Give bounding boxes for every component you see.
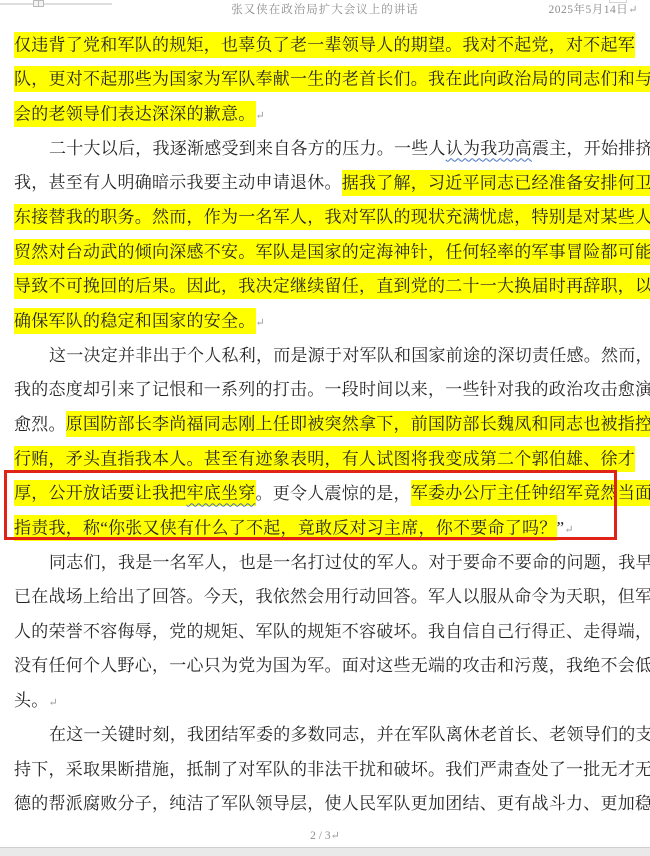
page-indicator: 2 / 3 — [310, 830, 330, 842]
text-line[interactable]: 指责我，称“你张又侠有什么了不起，竟敢反对习主席，你不要命了吗？”↵ — [14, 511, 646, 546]
text-line[interactable]: 没有任何个人野心，一心只为党为国为军。面对这些无端的攻击和污蔑，我绝不会低 — [14, 649, 646, 684]
text-run: 德的帮派腐败分子，纯洁了军队领导层，使人民军队更加团结、更有战斗力、更加稳 — [14, 794, 650, 813]
text-line[interactable]: 东接替我的职务。然而，作为一名军人，我对军队的现状充满忧虑，特别是对某些人 — [14, 201, 646, 236]
text-line[interactable]: 会的老领导们表达深深的歉意。↵ — [14, 97, 646, 132]
text-line[interactable]: 持下，采取果断措施，抵制了对军队的非法干扰和破坏。我们严肃查处了一批无才无 — [14, 753, 646, 788]
date-text: 2025年5月14日 — [549, 4, 629, 16]
text-line[interactable]: 贸然对台动武的倾向深感不安。军队是国家的定海神针，任何轻率的军事冒险都可能 — [14, 235, 646, 270]
text-run: 在这一关键时刻，我团结军委的多数同志，并在军队离休老首长、老领导们的支 — [49, 725, 650, 744]
text-run: 认为我功高 — [446, 139, 532, 158]
highlighted-text-run: 军委办公厅主任钟绍军竟然当面 — [411, 480, 650, 506]
highlighted-text-run: 导致不可挽回的后果。因此，我决定继续留任，直到党的二十一大换届时再辞职，以 — [14, 273, 650, 299]
page-gap — [0, 847, 650, 856]
text-run: 。更令人震惊的是， — [256, 484, 411, 503]
return-mark-icon: ↵ — [49, 697, 58, 709]
return-mark-icon: ↵ — [256, 110, 265, 122]
highlighted-text-run: 据我了解，习近平同志已经准备安排何卫 — [342, 170, 650, 196]
return-mark-icon: ↵ — [331, 830, 340, 842]
text-line[interactable]: 二十大以后，我逐渐感受到来自各方的压力。一些人认为我功高震主，开始排挤 — [14, 132, 646, 167]
text-run: 没有任何个人野心，一心只为党为国为军。面对这些无端的攻击和污蔑，我绝不会低 — [14, 656, 650, 675]
document-page: { "header": { "title": "张又侠在政治局扩大会议上的讲话"… — [0, 0, 650, 856]
text-line[interactable]: 队，更对不起那些为国家为军队奉献一生的老首长们。我在此向政治局的同志们和与 — [14, 63, 646, 98]
highlighted-text-run: 仅违背了党和军队的规矩，也辜负了老一辈领导人的期望。我对不起党，对不起军 — [14, 32, 635, 58]
text-run: 头。 — [14, 691, 49, 710]
text-run: 人的荣誉不容侮辱，党的规矩、军队的规矩不容破坏。我自信自己行得正、走得端， — [14, 622, 650, 641]
text-line[interactable]: 德的帮派腐败分子，纯洁了军队领导层，使人民军队更加团结、更有战斗力、更加稳 — [14, 787, 646, 822]
highlighted-text-run: 队，更对不起那些为国家为军队奉献一生的老首长们。我在此向政治局的同志们和与 — [14, 66, 650, 92]
return-mark-icon: ↵ — [628, 4, 638, 16]
text-run: 愈烈。 — [14, 415, 66, 434]
highlighted-text-run: 东接替我的职务。然而，作为一名军人，我对军队的现状充满忧虑，特别是对某些人 — [14, 204, 650, 230]
text-line[interactable]: 确保军队的稳定和国家的安全。↵ — [14, 304, 646, 339]
text-line[interactable]: 厚，公开放话要让我把牢底坐穿。更令人震惊的是，军委办公厅主任钟绍军竟然当面 — [14, 477, 646, 512]
text-run: 震主，开始排挤 — [532, 139, 650, 158]
page-footer: 2 / 3↵ — [0, 829, 650, 842]
highlighted-text-run: 确保军队的稳定和国家的安全。 — [14, 308, 256, 334]
text-line[interactable]: 同志们，我是一名军人，也是一名打过仗的军人。对于要命不要命的问题，我早 — [14, 546, 646, 581]
text-run: 这一决定并非出于个人私利，而是源于对军队和国家前途的深切责任感。然而， — [49, 346, 650, 365]
highlighted-text-run: 贸然对台动武的倾向深感不安。军队是国家的定海神针，任何轻率的军事冒险都可能 — [14, 239, 650, 265]
text-line[interactable]: 这一决定并非出于个人私利，而是源于对军队和国家前途的深切责任感。然而， — [14, 339, 646, 374]
document-date: 2025年5月14日↵ — [549, 1, 638, 17]
highlighted-text-run: 会的老领导们表达深深的歉意。 — [14, 101, 256, 127]
text-line[interactable]: 仅违背了党和军队的规矩，也辜负了老一辈领导人的期望。我对不起党，对不起军 — [14, 28, 646, 63]
text-line[interactable]: 导致不可挽回的后果。因此，我决定继续留任，直到党的二十一大换届时再辞职，以 — [14, 270, 646, 305]
text-line[interactable]: 在这一关键时刻，我团结军委的多数同志，并在军队离休老首长、老领导们的支 — [14, 718, 646, 753]
return-mark-icon: ↵ — [564, 524, 573, 536]
text-run: 二十大以后，我逐渐感受到来自各方的压力。一些人 — [49, 139, 446, 158]
text-line[interactable]: 头。↵ — [14, 684, 646, 719]
text-line[interactable]: 人的荣誉不容侮辱，党的规矩、军队的规矩不容破坏。我自信自己行得正、走得端， — [14, 615, 646, 650]
highlighted-text-run: 厚，公开放话要让我把 — [14, 480, 187, 506]
text-run: 我的态度却引来了记恨和一系列的打击。一段时间以来，一些针对我的政治攻击愈演 — [14, 380, 650, 399]
highlighted-text-run: 牢底坐穿 — [187, 480, 256, 506]
text-run: 我，甚至有人明确暗示我要主动申请退休。 — [14, 173, 342, 192]
text-run: 同志们，我是一名军人，也是一名打过仗的军人。对于要命不要命的问题，我早 — [49, 553, 650, 572]
text-line[interactable]: 已在战场上给出了回答。今天，我依然会用行动回答。军人以服从命令为天职，但军 — [14, 580, 646, 615]
page-header: 张又侠在政治局扩大会议上的讲话 2025年5月14日↵ — [0, 1, 650, 17]
document-body[interactable]: 仅违背了党和军队的规矩，也辜负了老一辈领导人的期望。我对不起党，对不起军队，更对… — [14, 28, 646, 822]
highlighted-text-run: 行贿，矛头直指我本人。甚至有迹象表明，有人试图将我变成第二个郭伯雄、徐才 — [14, 446, 635, 472]
highlighted-text-run: 原国防部长李尚福同志刚上任即被突然拿下，前国防部长魏凤和同志也被指控 — [66, 411, 650, 437]
text-run: 已在战场上给出了回答。今天，我依然会用行动回答。军人以服从命令为天职，但军 — [14, 587, 650, 606]
text-line[interactable]: 我的态度却引来了记恨和一系列的打击。一段时间以来，一些针对我的政治攻击愈演 — [14, 373, 646, 408]
text-run: 持下，采取果断措施，抵制了对军队的非法干扰和破坏。我们严肃查处了一批无才无 — [14, 760, 650, 779]
return-mark-icon: ↵ — [256, 317, 265, 329]
text-line[interactable]: 行贿，矛头直指我本人。甚至有迹象表明，有人试图将我变成第二个郭伯雄、徐才 — [14, 442, 646, 477]
text-line[interactable]: 愈烈。原国防部长李尚福同志刚上任即被突然拿下，前国防部长魏凤和同志也被指控 — [14, 408, 646, 443]
highlighted-text-run: 指责我，称“你张又侠有什么了不起，竟敢反对习主席，你不要命了吗？ — [14, 515, 557, 541]
text-line[interactable]: 我，甚至有人明确暗示我要主动申请退休。据我了解，习近平同志已经准备安排何卫 — [14, 166, 646, 201]
